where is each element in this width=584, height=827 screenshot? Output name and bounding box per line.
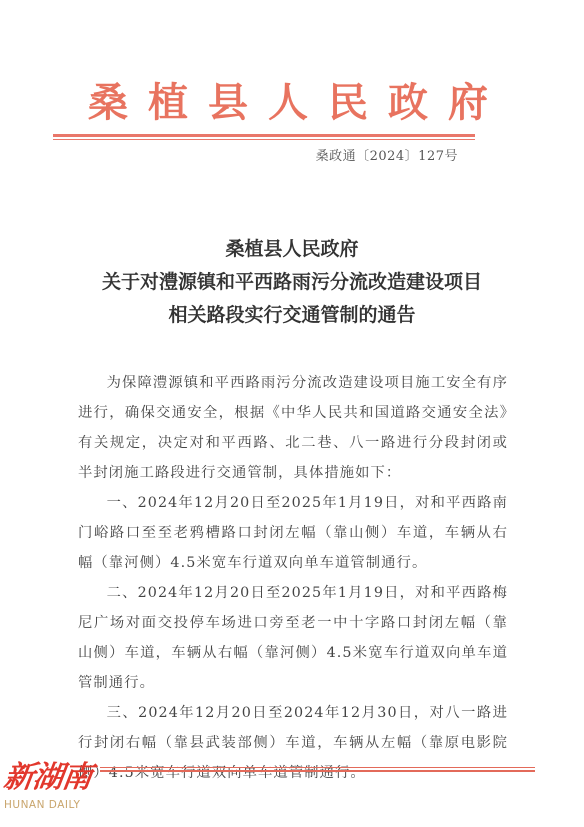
paragraph-item-1: 一、2024年12月20日至2025年1月19日，对和平西路南门峪路口至至老鸦槽… (78, 488, 508, 578)
paragraph-item-3: 三、2024年12月20日至2024年12月30日，对八一路进行封闭右幅（靠县武… (78, 698, 508, 788)
document-number: 桑政通〔2024〕127号 (316, 145, 458, 164)
logo-english-text: HUNAN DAILY (4, 799, 124, 811)
footer-line-thin (100, 767, 535, 768)
title-line-1: 桑植县人民政府 (0, 233, 584, 266)
document-body: 为保障澧源镇和平西路雨污分流改造建设项目施工安全有序进行，确保交通安全，根据《中… (78, 368, 508, 788)
masthead-title: 桑植县人民政府 (0, 78, 584, 128)
logo-chinese-text: 新湖南 (1, 760, 126, 796)
paragraph-intro: 为保障澧源镇和平西路雨污分流改造建设项目施工安全有序进行，确保交通安全，根据《中… (78, 368, 508, 488)
footer-divider (100, 767, 535, 772)
document-title: 桑植县人民政府 关于对澧源镇和平西路雨污分流改造建设项目 相关路段实行交通管制的… (0, 233, 584, 332)
footer-line-thick (100, 770, 535, 772)
masthead-divider (53, 134, 475, 140)
title-line-2: 关于对澧源镇和平西路雨污分流改造建设项目 (0, 266, 584, 299)
paragraph-item-2: 二、2024年12月20日至2025年1月19日，对和平西路梅尼广场对面交投停车… (78, 578, 508, 698)
title-line-3: 相关路段实行交通管制的通告 (0, 299, 584, 332)
divider-thick-line (53, 134, 475, 137)
hunan-daily-logo: 新湖南 HUNAN DAILY (4, 760, 124, 811)
divider-thin-line (53, 139, 475, 140)
